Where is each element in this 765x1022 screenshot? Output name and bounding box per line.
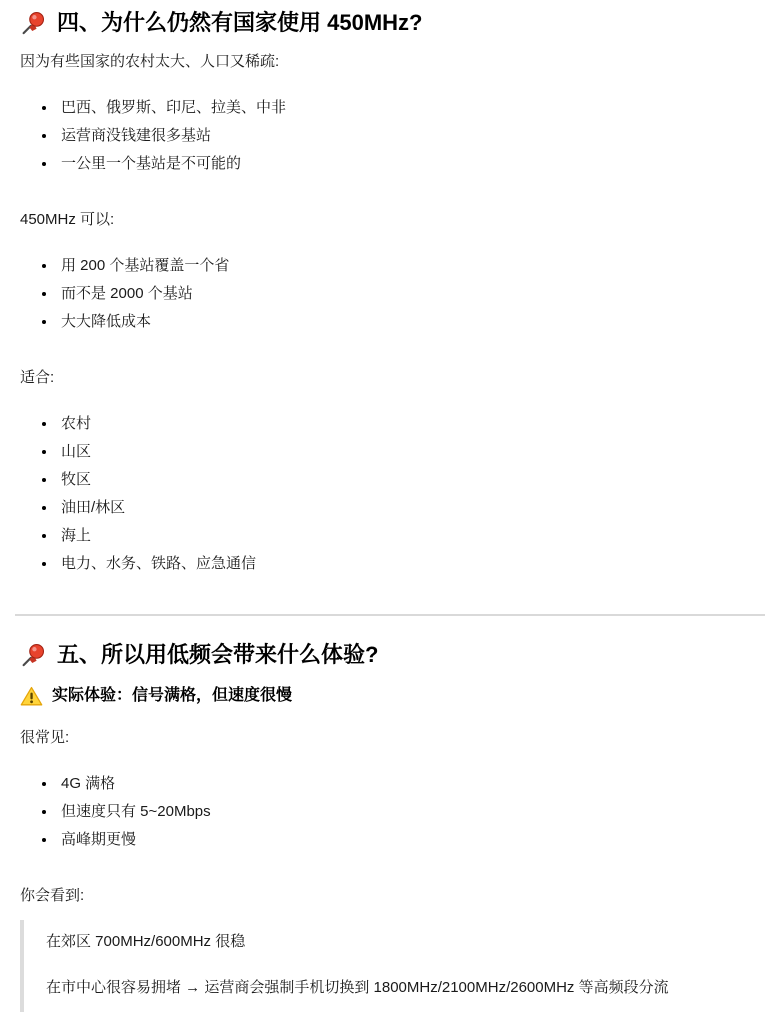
pushpin-icon: [20, 10, 46, 36]
list-item: 而不是 2000 个基站: [57, 284, 745, 304]
section4-list-countries: 巴西、俄罗斯、印尼、拉美、中非 运营商没钱建很多基站 一公里一个基站是不可能的: [20, 82, 745, 190]
list-item: 牧区: [57, 470, 745, 490]
list-item: 运营商没钱建很多基站: [57, 126, 745, 146]
list-item: 油田/林区: [57, 498, 745, 518]
list-item: 海上: [57, 526, 745, 546]
section4-list-can: 用 200 个基站覆盖一个省 而不是 2000 个基站 大大降低成本: [20, 240, 745, 348]
section4-intro: 因为有些国家的农村太大、人口又稀疏:: [20, 52, 745, 72]
section5-see-label: 你会看到:: [20, 886, 745, 906]
quote-line: 在市中心很容易拥堵 → 运营商会强制手机切换到 1800MHz/2100MHz/…: [46, 978, 745, 998]
section5-list-common: 4G 满格 但速度只有 5~20Mbps 高峰期更慢: [20, 758, 745, 866]
section5-warning: 实际体验：信号满格，但速度很慢: [20, 684, 745, 708]
section-divider: [15, 614, 765, 616]
section4-list-fit: 农村 山区 牧区 油田/林区 海上 电力、水务、铁路、应急通信: [20, 398, 745, 590]
list-item: 一公里一个基站是不可能的: [57, 154, 745, 174]
list-item: 大大降低成本: [57, 312, 745, 332]
section4-can-label: 450MHz 可以:: [20, 210, 745, 230]
section4-heading: 四、为什么仍然有国家使用 450MHz?: [20, 8, 745, 38]
list-item: 农村: [57, 414, 745, 434]
section5-common-label: 很常见:: [20, 728, 745, 748]
quote-line: 在郊区 700MHz/600MHz 很稳: [46, 932, 745, 952]
list-item: 4G 满格: [57, 774, 745, 794]
list-item: 山区: [57, 442, 745, 462]
section5-heading-text: 五、所以用低频会带来什么体验?: [57, 640, 378, 670]
list-item: 高峰期更慢: [57, 830, 745, 850]
quote-block: 在郊区 700MHz/600MHz 很稳 在市中心很容易拥堵 → 运营商会强制手…: [20, 920, 745, 1012]
list-item: 巴西、俄罗斯、印尼、拉美、中非: [57, 98, 745, 118]
article: 四、为什么仍然有国家使用 450MHz? 因为有些国家的农村太大、人口又稀疏: …: [0, 0, 765, 1022]
section5-heading: 五、所以用低频会带来什么体验?: [20, 640, 745, 670]
pushpin-icon: [20, 642, 46, 668]
list-item: 但速度只有 5~20Mbps: [57, 802, 745, 822]
section4-fit-label: 适合:: [20, 368, 745, 388]
section5-warning-text: 实际体验：信号满格，但速度很慢: [52, 684, 292, 708]
section4-heading-text: 四、为什么仍然有国家使用 450MHz?: [57, 8, 422, 38]
list-item: 电力、水务、铁路、应急通信: [57, 554, 745, 574]
list-item: 用 200 个基站覆盖一个省: [57, 256, 745, 276]
warning-icon: [20, 685, 43, 708]
